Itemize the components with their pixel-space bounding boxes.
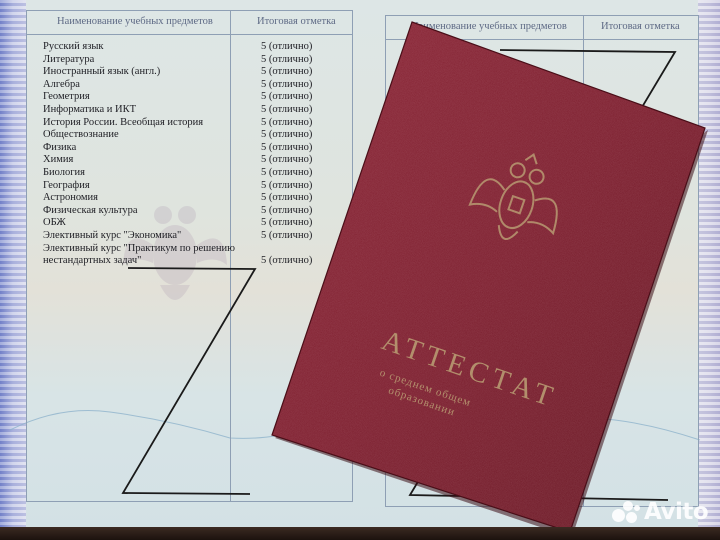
certificate-cover: АТТЕСТАТ о среднем общем образовании [0, 0, 720, 540]
desk-surface [0, 527, 720, 540]
avito-logo-icon [612, 500, 640, 524]
avito-wordmark: Avito [644, 499, 708, 525]
avito-watermark: Avito [612, 499, 708, 525]
photo-scene: Наименование учебных предметов Итоговая … [0, 0, 720, 540]
